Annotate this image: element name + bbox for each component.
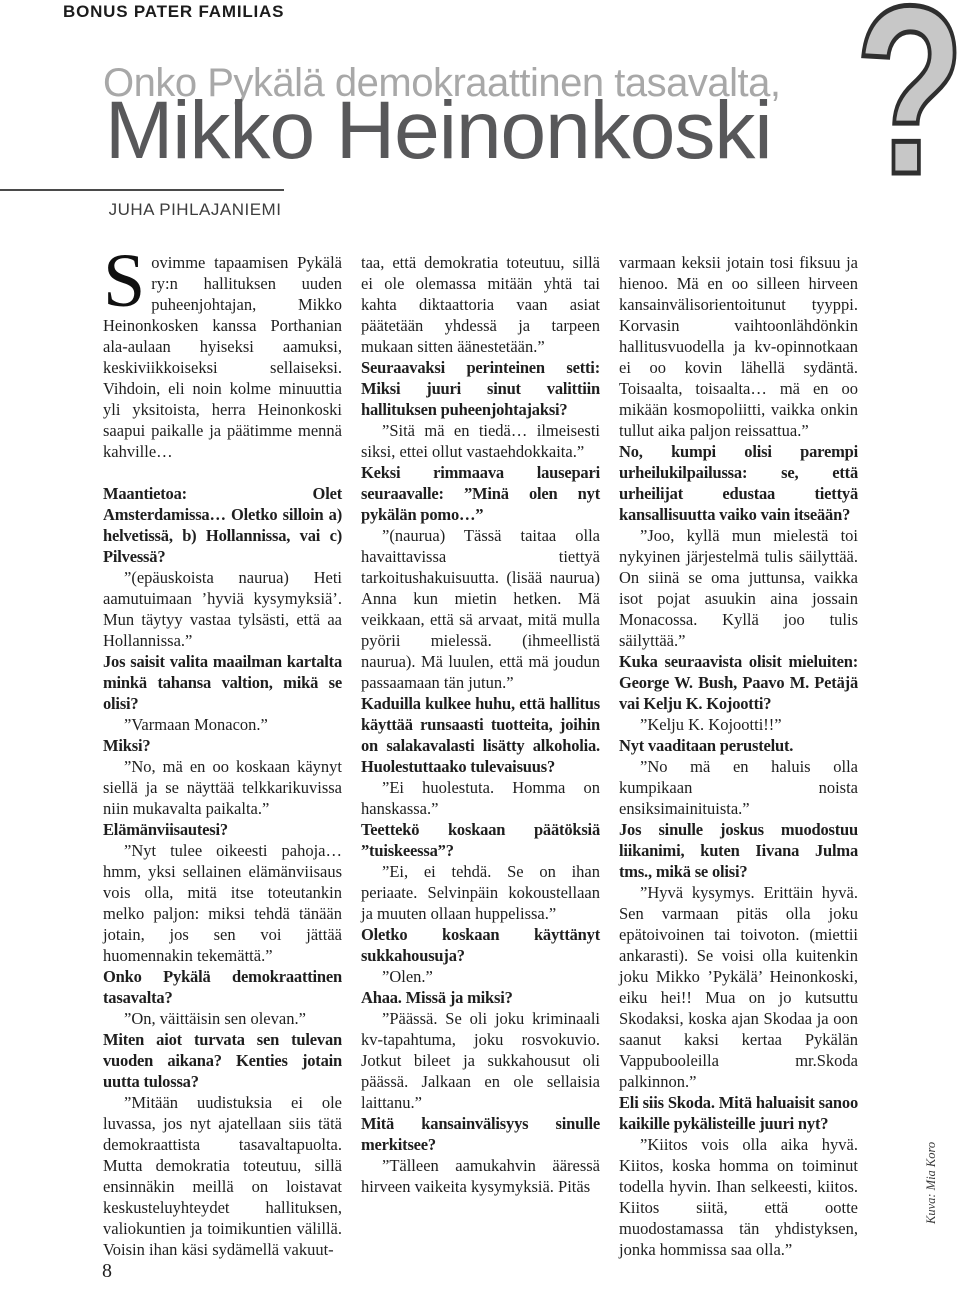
text-column-2: taa, että demokratia toteutuu, sillä ei … <box>361 252 600 1260</box>
interview-question: Eli siis Skoda. Mitä haluaisit sanoo kai… <box>619 1092 858 1134</box>
continued-answer: varmaan keksii jotain tosi fiksuu ja hie… <box>619 252 858 441</box>
byline-rule <box>0 189 284 191</box>
interview-answer: ”Hyvä kysymys. Erittäin hyvä. Sen varmaa… <box>619 882 858 1092</box>
interview-answer: ”(epäuskoista naurua) Heti aamutuimaan ’… <box>103 567 342 651</box>
drop-cap: S <box>103 252 151 308</box>
interview-answer: ”Varmaan Monacon.” <box>103 714 342 735</box>
interview-answer: ”Sitä mä en tiedä… ilmeisesti siksi, ett… <box>361 420 600 462</box>
interview-answer: ”Ei, ei tehdä. Se on ihan periaate. Selv… <box>361 861 600 924</box>
page-number: 8 <box>102 1260 112 1283</box>
question-mark-glyph-group: ? <box>855 0 960 224</box>
interview-answer: ”Tälleen aamukahvin ääressä hirveen vaik… <box>361 1155 600 1197</box>
interview-question: Ahaa. Missä ja miksi? <box>361 987 600 1008</box>
article-body: Sovimme tapaamisen Pykälä ry:n hallituks… <box>103 252 859 1260</box>
interview-answer: ”(naurua) Tässä taitaa olla havaittaviss… <box>361 525 600 693</box>
text-column-3: varmaan keksii jotain tosi fiksuu ja hie… <box>619 252 858 1260</box>
magazine-page: BONUS PATER FAMILIAS Onko Pykälä demokra… <box>0 0 960 1291</box>
lead-paragraph: Sovimme tapaamisen Pykälä ry:n hallituks… <box>103 252 342 462</box>
text-column-1: Sovimme tapaamisen Pykälä ry:n hallituks… <box>103 252 342 1260</box>
question-mark-graphic: ? <box>843 0 960 180</box>
interview-question: Miten aiot turvata sen tulevan vuoden ai… <box>103 1029 342 1092</box>
interview-answer: ”Mitään uudistuksia ei ole luvassa, jos … <box>103 1092 342 1260</box>
question-mark-icon: ? <box>855 0 960 224</box>
interview-answer: ”Nyt tulee oikeesti pahoja… hmm, yksi se… <box>103 840 342 966</box>
interview-question: Seuraavaksi perinteinen setti: Miksi juu… <box>361 357 600 420</box>
interview-question: Kaduilla kulkee huhu, että hallitus käyt… <box>361 693 600 777</box>
interview-question: Mitä kansainvälisyys sinulle merkitsee? <box>361 1113 600 1155</box>
interview-question: Nyt vaaditaan perustelut. <box>619 735 858 756</box>
interview-question: Maantietoa: Olet Amsterdamissa… Oletko s… <box>103 483 342 567</box>
article-title-line2: Mikko Heinonkoski <box>105 90 772 172</box>
continued-answer: taa, että demokratia toteutuu, sillä ei … <box>361 252 600 357</box>
interview-answer: ”Kiitos vois olla aika hyvä. Kiitos, kos… <box>619 1134 858 1260</box>
interview-answer: ”Ei huolestuta. Homma on hanskassa.” <box>361 777 600 819</box>
interview-answer: ”Päässä. Se oli joku kriminaali kv-tapah… <box>361 1008 600 1113</box>
interview-answer: ”Kelju K. Kojootti!!” <box>619 714 858 735</box>
interview-question: Miksi? <box>103 735 342 756</box>
photo-credit: Kuva: Mia Koro <box>924 1142 939 1224</box>
interview-question: Jos sinulle joskus muodostuu liikanimi, … <box>619 819 858 882</box>
interview-answer: ”No mä en haluis olla kumpikaan noista e… <box>619 756 858 819</box>
interview-question: No, kumpi olisi parempi urheilukilpailus… <box>619 441 858 525</box>
interview-answer: ”Joo, kyllä mun mielestä toi nykyinen jä… <box>619 525 858 651</box>
section-kicker: BONUS PATER FAMILIAS <box>63 2 284 22</box>
interview-answer: ”On, väittäisin sen olevan.” <box>103 1008 342 1029</box>
interview-question: Oletko koskaan käyttänyt sukkahousuja? <box>361 924 600 966</box>
interview-answer: ”Olen.” <box>361 966 600 987</box>
interview-question: Jos saisit valita maailman kartalta mink… <box>103 651 342 714</box>
interview-question: Kuka seuraavista olisit mieluiten: Georg… <box>619 651 858 714</box>
interview-answer: ”No, mä en oo koskaan käynyt siellä ja s… <box>103 756 342 819</box>
interview-question: Elämänviisautesi? <box>103 819 342 840</box>
interview-question: Teettekö koskaan päätöksiä ”tuiskeessa”? <box>361 819 600 861</box>
interview-question: Onko Pykälä demokraattinen tasavalta? <box>103 966 342 1008</box>
byline: JUHA PIHLAJANIEMI <box>100 200 290 220</box>
interview-question: Keksi rimmaava lausepari seuraavalle: ”M… <box>361 462 600 525</box>
